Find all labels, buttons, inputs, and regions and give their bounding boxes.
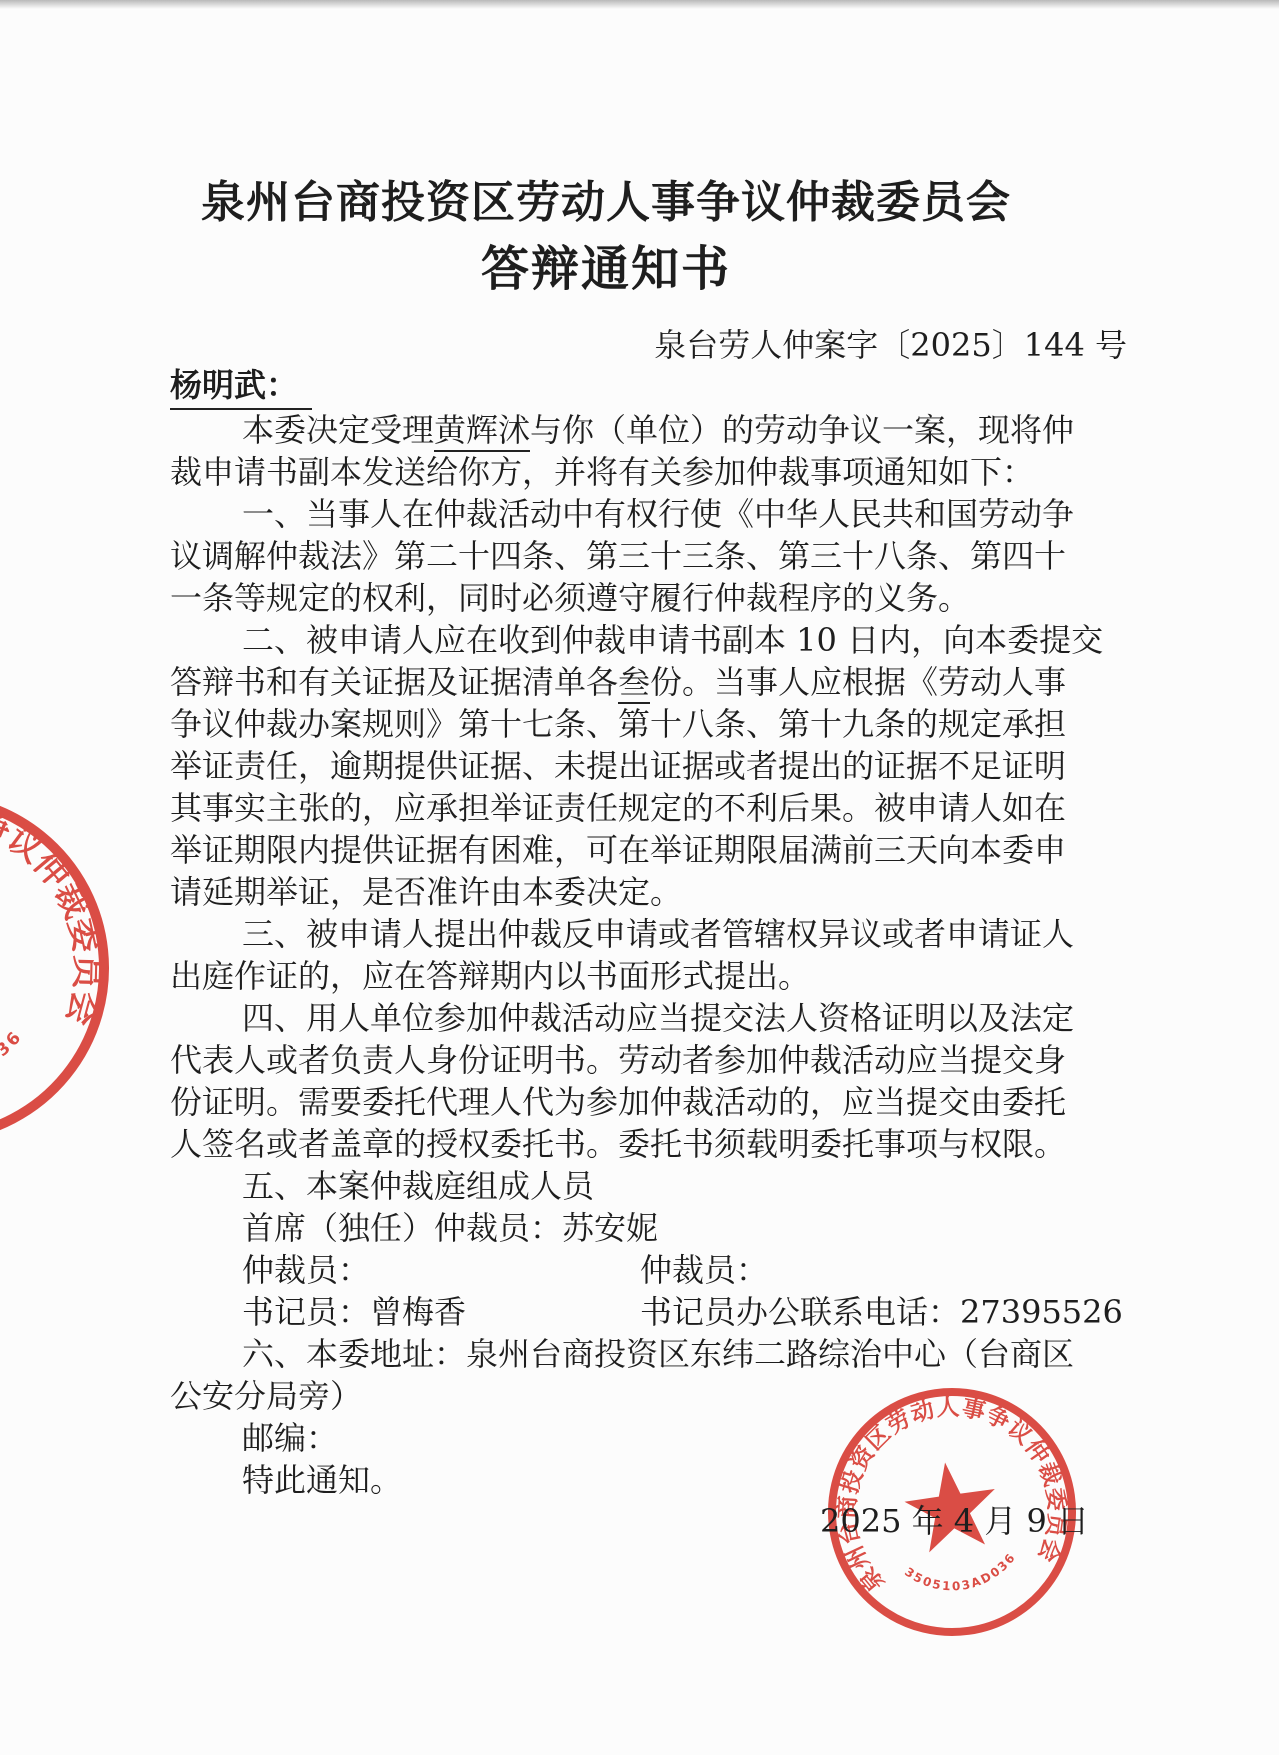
text-segment: 四、用人单位参加仲裁活动应当提交法人资格证明以及法定: [242, 999, 1074, 1037]
document-line: 裁申请书副本发送给你方，并将有关参加仲裁事项通知如下：: [170, 451, 1050, 493]
document-line: 答辩书和有关证据及证据清单各叁份。当事人应根据《劳动人事: [170, 661, 1050, 703]
document-line: 出庭作证的，应在答辩期内以书面形式提出。: [170, 955, 1050, 997]
left-seal-code: 3505103AD036: [0, 1025, 31, 1094]
document-line: 举证期限内提供证据有困难，可在举证期限届满前三天向本委申: [170, 829, 1050, 871]
text-segment: 答辩书和有关证据及证据清单各: [170, 663, 618, 701]
text-segment: 二、被申请人应在收到仲裁申请书副本 10 日内，向本委提交: [242, 621, 1103, 659]
recipient-name: 杨明武：: [170, 360, 312, 410]
document-line: 五、本案仲裁庭组成人员: [170, 1165, 1050, 1207]
document-line: 书记员：曾梅香书记员办公联系电话：27395526: [170, 1291, 1050, 1333]
text-segment: 一、当事人在仲裁活动中有权行使《中华人民共和国劳动争: [242, 495, 1074, 533]
text-segment: 仲裁员：: [242, 1251, 370, 1289]
document-line: 一条等规定的权利，同时必须遵守履行仲裁程序的义务。: [170, 577, 1050, 619]
text-segment: 黄辉沭: [434, 411, 530, 452]
document-line: 一、当事人在仲裁活动中有权行使《中华人民共和国劳动争: [170, 493, 1050, 535]
document-line: 争议仲裁办案规则》第十七条、第十八条、第十九条的规定承担: [170, 703, 1050, 745]
document-line: 首席（独任）仲裁员：苏安妮: [170, 1207, 1050, 1249]
document-line: 其事实主张的，应承担举证责任规定的不利后果。被申请人如在: [170, 787, 1050, 829]
document-line: 请延期举证，是否准许由本委决定。: [170, 871, 1050, 913]
official-seal-code: 3505103AD036: [901, 1548, 1023, 1600]
text-segment: 邮编：: [242, 1419, 338, 1457]
arbitration-notice-page: 泉州台商投资区劳动人事争议仲裁委员会 答辩通知书 泉台劳人仲案字〔2025〕14…: [0, 0, 1279, 1755]
recipient-name-underlined: 杨明武：: [170, 360, 312, 410]
document-body: 本委决定受理黄辉沭与你（单位）的劳动争议一案，现将仲裁申请书副本发送给你方，并将…: [170, 409, 1050, 1501]
text-segment: 书记员：曾梅香: [242, 1293, 466, 1331]
document-line: 二、被申请人应在收到仲裁申请书副本 10 日内，向本委提交: [170, 619, 1050, 661]
text-segment: 六、本委地址：泉州台商投资区东纬二路综治中心（台商区: [242, 1335, 1074, 1373]
document-title: 答辩通知书: [170, 230, 1042, 299]
left-partial-seal: 泉州台商投资区劳动人事争议仲裁委员会 3505103AD036: [0, 768, 134, 1168]
document-line: 六、本委地址：泉州台商投资区东纬二路综治中心（台商区: [170, 1333, 1050, 1375]
text-segment: 与你（单位）的劳动争议一案，现将仲: [530, 411, 1074, 449]
text-segment: 叁: [618, 663, 650, 704]
document-line: 代表人或者负责人身份证明书。劳动者参加仲裁活动应当提交身: [170, 1039, 1050, 1081]
document-line: 三、被申请人提出仲裁反申请或者管辖权异议或者申请证人: [170, 913, 1050, 955]
text-segment: 五、本案仲裁庭组成人员: [242, 1167, 594, 1205]
document-line: 人签名或者盖章的授权委托书。委托书须载明委托事项与权限。: [170, 1123, 1050, 1165]
scan-edge-shadow: [0, 0, 1279, 9]
text-segment: 仲裁员：: [640, 1249, 768, 1291]
text-segment: 书记员办公联系电话：27395526: [640, 1291, 1123, 1333]
document-line: 议调解仲裁法》第二十四条、第三十三条、第三十八条、第四十: [170, 535, 1050, 577]
case-number: 泉台劳人仲案字〔2025〕144 号: [654, 320, 1127, 366]
issue-date: 2025 年 4 月 9 日: [820, 1496, 1089, 1542]
document-line: 本委决定受理黄辉沭与你（单位）的劳动争议一案，现将仲: [170, 409, 1050, 451]
document-line: 份证明。需要委托代理人代为参加仲裁活动的，应当提交由委托: [170, 1081, 1050, 1123]
text-segment: 首席（独任）仲裁员：苏安妮: [242, 1209, 658, 1247]
text-segment: 特此通知。: [242, 1461, 402, 1499]
document-line: 仲裁员：仲裁员：: [170, 1249, 1050, 1291]
text-segment: 本委决定受理: [242, 411, 434, 449]
text-segment: 三、被申请人提出仲裁反申请或者管辖权异议或者申请证人: [242, 915, 1074, 953]
text-segment: 份。当事人应根据《劳动人事: [650, 663, 1066, 701]
document-line: 举证责任，逾期提供证据、未提出证据或者提出的证据不足证明: [170, 745, 1050, 787]
document-line: 四、用人单位参加仲裁活动应当提交法人资格证明以及法定: [170, 997, 1050, 1039]
committee-name-heading: 泉州台商投资区劳动人事争议仲裁委员会: [170, 166, 1042, 230]
